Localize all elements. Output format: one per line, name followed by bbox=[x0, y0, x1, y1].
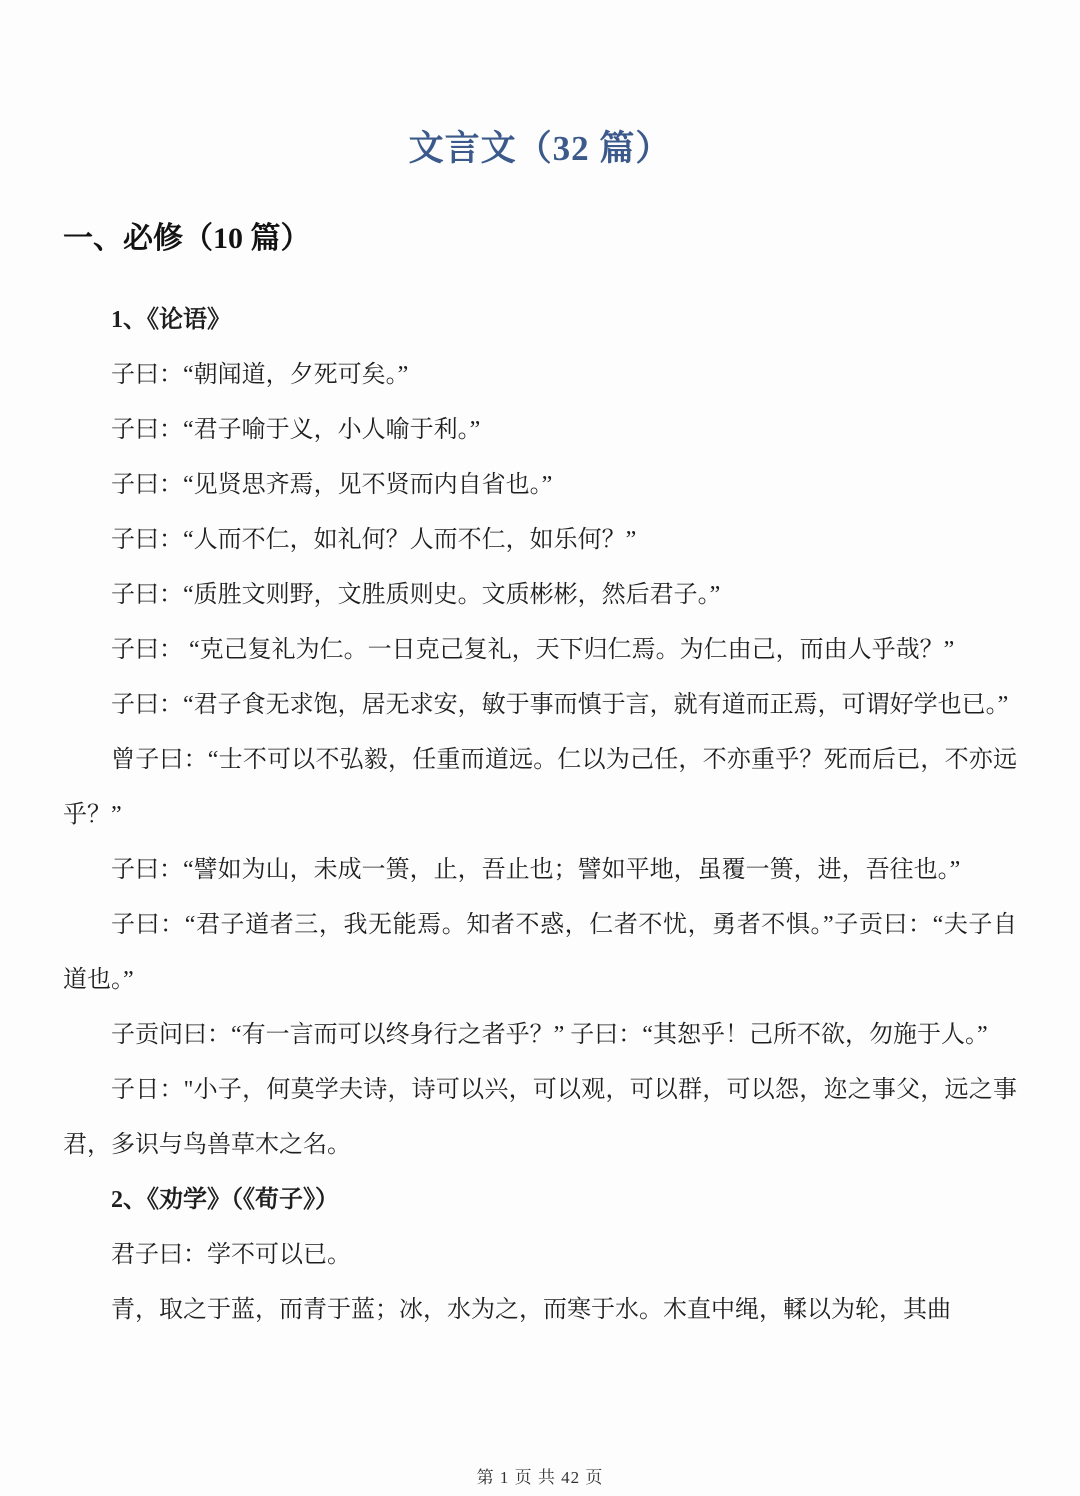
document-title: 文言文（32 篇） bbox=[63, 127, 1017, 171]
paragraph: 子曰：“人而不仁，如礼何？人而不仁，如乐何？” bbox=[63, 513, 1017, 568]
item-heading: 2、《劝学》（《荀子》） bbox=[63, 1173, 1017, 1228]
paragraph: 子日："小子，何莫学夫诗，诗可以兴，可以观，可以群，可以怨，迩之事父，远之事君，… bbox=[63, 1063, 1017, 1173]
paragraph: 曾子曰：“士不可以不弘毅，任重而道远。仁以为己任，不亦重乎？死而后已，不亦远乎？… bbox=[63, 733, 1017, 843]
paragraph: 子曰：“君子喻于义，小人喻于利。” bbox=[63, 403, 1017, 458]
paragraph: 子曰： “克己复礼为仁。一日克己复礼，天下归仁焉。为仁由己，而由人乎哉？” bbox=[63, 623, 1017, 678]
item-heading: 1、《论语》 bbox=[63, 293, 1017, 348]
section-heading: 一、必修（10 篇） bbox=[63, 219, 1017, 259]
page-number-footer: 第 1 页 共 42 页 bbox=[0, 1463, 1080, 1488]
paragraph: 子曰：“君子食无求饱，居无求安，敏于事而慎于言，就有道而正焉，可谓好学也已。” bbox=[63, 678, 1017, 733]
paragraph: 子曰：“譬如为山，未成一篑，止，吾止也；譬如平地，虽覆一篑，进，吾往也。” bbox=[63, 843, 1017, 898]
paragraph: 青，取之于蓝，而青于蓝；冰，水为之，而寒于水。木直中绳，輮以为轮，其曲 bbox=[63, 1283, 1017, 1338]
document-body: 1、《论语》 子曰：“朝闻道，夕死可矣。” 子曰：“君子喻于义，小人喻于利。” … bbox=[63, 293, 1017, 1338]
paragraph: 子曰：“质胜文则野，文胜质则史。文质彬彬，然后君子。” bbox=[63, 568, 1017, 623]
paragraph: 子曰：“君子道者三，我无能焉。知者不惑，仁者不忧，勇者不惧。”子贡曰：“夫子自道… bbox=[63, 898, 1017, 1008]
paragraph: 君子曰：学不可以已。 bbox=[63, 1228, 1017, 1283]
paragraph: 子贡问曰：“有一言而可以终身行之者乎？” 子曰：“其恕乎！己所不欲，勿施于人。” bbox=[63, 1008, 1017, 1063]
paragraph: 子曰：“见贤思齐焉，见不贤而内自省也。” bbox=[63, 458, 1017, 513]
paragraph: 子曰：“朝闻道，夕死可矣。” bbox=[63, 348, 1017, 403]
document-page: 文言文（32 篇） 一、必修（10 篇） 1、《论语》 子曰：“朝闻道，夕死可矣… bbox=[0, 0, 1080, 1496]
